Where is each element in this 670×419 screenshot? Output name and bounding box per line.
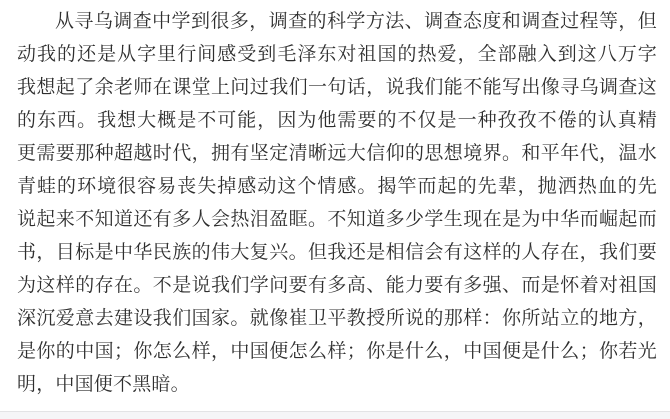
text-line: 深沉爱意去建设我们国家。就像崔卫平教授所说的那样：你所站立的地方，正 [17,302,657,335]
text-line: 明，中国便不黑暗。 [17,368,657,401]
text-line: 的东西。我想大概是不可能，因为他需要的不仅是一种孜孜不倦的认真精神， [17,104,657,137]
text-line: 更需要那种超越时代，拥有坚定清晰远大信仰的思想境界。和平年代，温水煮 [17,137,657,170]
bottom-divider [0,411,670,419]
text-line: 是你的中国；你怎么样，中国便怎么样；你是什么，中国便是什么；你若光 [17,335,657,368]
text-line: 从寻乌调查中学到很多，调查的科学方法、调查态度和调查过程等，但最打 [17,5,657,38]
text-line: 说起来不知道还有多人会热泪盈眶。不知道多少学生现在是为中华而崛起而读 [17,203,657,236]
text-line: 书，目标是中华民族的伟大复兴。但我还是相信会有这样的人存在，我们要成 [17,236,657,269]
text-line: 动我的还是从字里行间感受到毛泽东对祖国的热爱，全部融入到这八万字里。 [17,38,657,71]
text-line: 我想起了余老师在课堂上问过我们一句话，说我们能不能写出像寻乌调查这样 [17,71,657,104]
essay-paragraph: 从寻乌调查中学到很多，调查的科学方法、调查态度和调查过程等，但最打 动我的还是从… [0,0,670,401]
text-line: 为这样的存在。不是说我们学问要有多高、能力要有多强、而是怀着对祖国的 [17,269,657,302]
text-page: 从寻乌调查中学到很多，调查的科学方法、调查态度和调查过程等，但最打 动我的还是从… [0,0,670,419]
text-line: 青蛙的环境很容易丧失掉感动这个情感。揭竿而起的先辈，抛洒热血的先烈， [17,170,657,203]
